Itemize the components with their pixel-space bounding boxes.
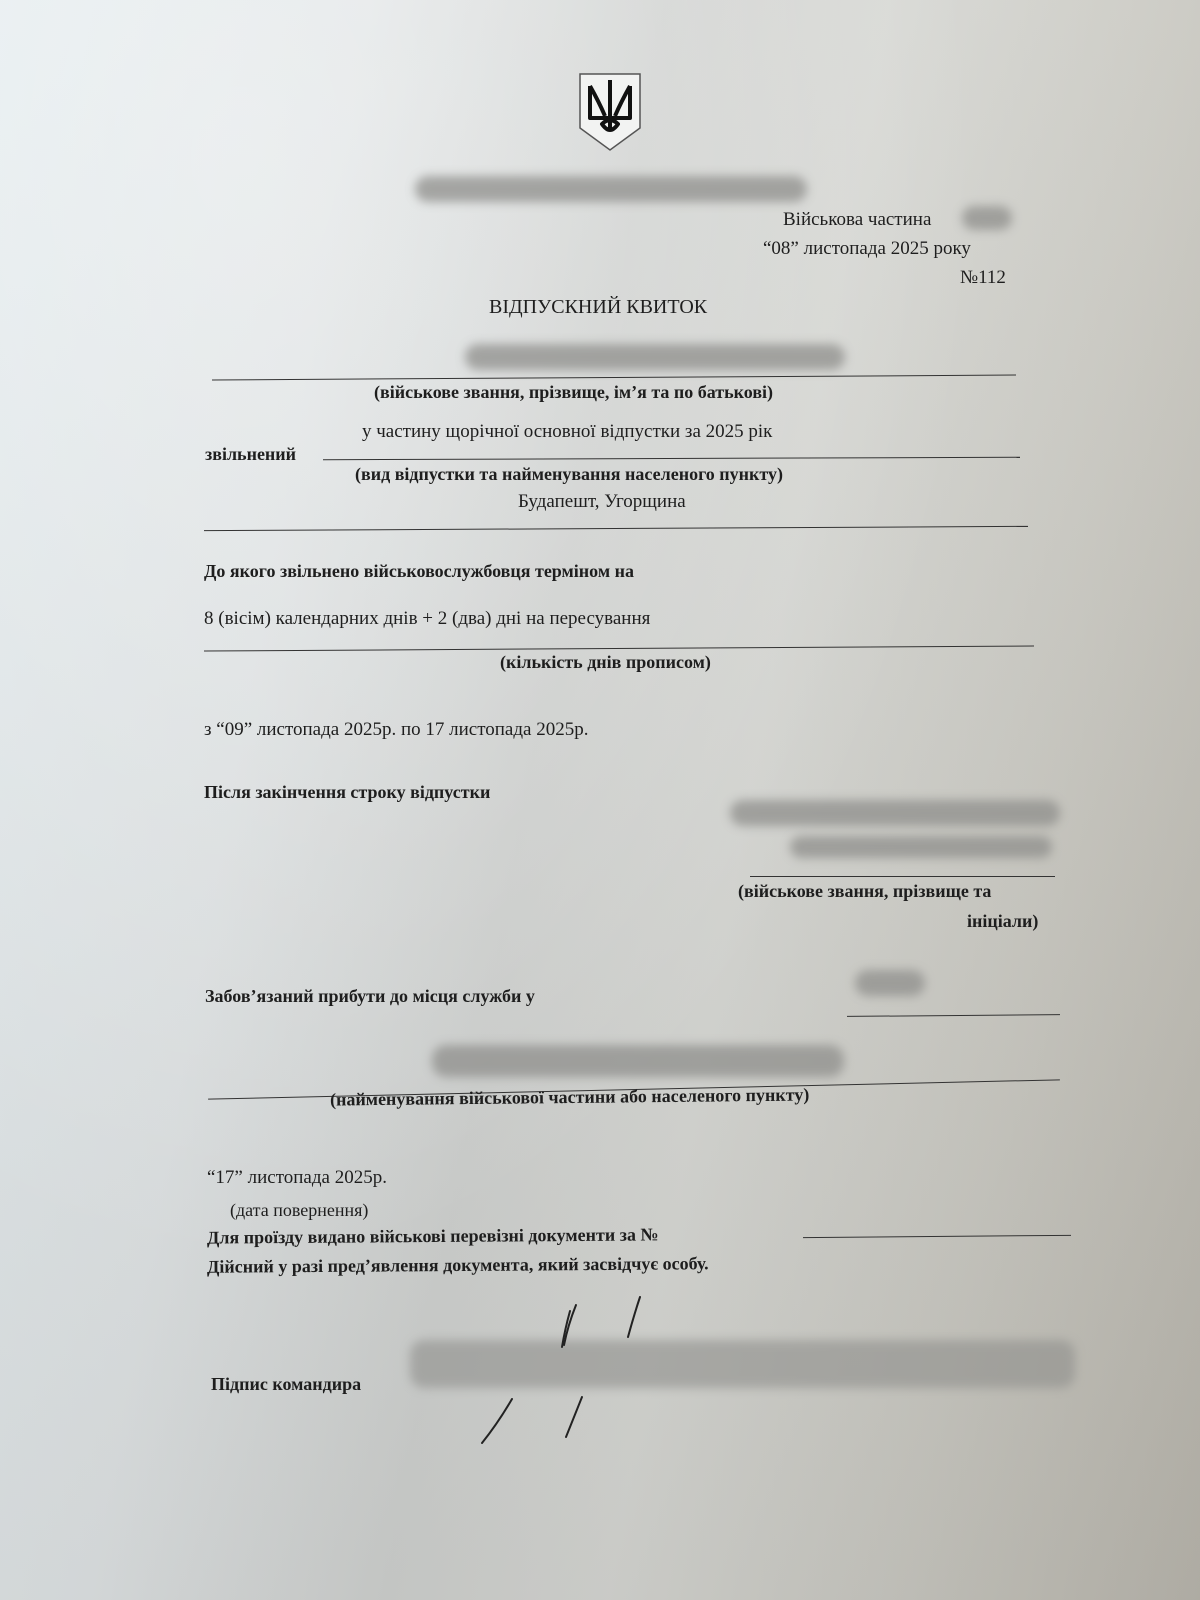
redacted-commander-name	[790, 836, 1052, 858]
after-end-label: Після закінчення строку відпустки	[204, 783, 490, 801]
redacted-unit-name	[415, 176, 807, 202]
term-underline	[204, 645, 1034, 651]
document-title: ВІДПУСКНИЙ КВИТОК	[489, 297, 707, 317]
caption-return: (дата повернення)	[230, 1201, 368, 1219]
caption-name: (військове звання, прізвище, ім’я та по …	[374, 383, 773, 401]
term-value: 8 (вісім) календарних днів + 2 (два) дні…	[204, 609, 650, 628]
released-label: звільнений	[205, 445, 296, 463]
leave-period: з “09” листопада 2025р. по 17 листопада …	[204, 720, 588, 739]
signature-strokes	[470, 1295, 670, 1455]
obliged-label: Забов’язаний прибути до місця служби у	[205, 987, 535, 1005]
leave-type-underline	[323, 457, 1020, 460]
trident-emblem-icon	[577, 72, 643, 152]
caption-leave: (вид відпустки та найменування населеног…	[355, 465, 783, 483]
caption-days: (кількість днів прописом)	[500, 653, 711, 671]
name-underline	[212, 375, 1016, 381]
caption-rank-line2: ініціали)	[967, 912, 1038, 930]
document-number: №112	[960, 268, 1006, 287]
redacted-unit-location	[432, 1045, 844, 1077]
destination-underline	[204, 526, 1028, 531]
issue-date: “08” листопада 2025 року	[763, 239, 971, 258]
arrival-underline	[847, 1014, 1060, 1017]
travel-docs: Для проїзду видано військові перевізні д…	[207, 1225, 659, 1246]
term-intro: До якого звільнено військовослужбовця те…	[204, 562, 634, 580]
redacted-arrival-time	[855, 970, 925, 996]
leave-type: у частину щорічної основної відпустки за…	[362, 422, 772, 441]
redacted-unit-number	[962, 206, 1012, 230]
caption-rank-line1: (військове звання, прізвище та	[738, 882, 991, 900]
redacted-soldier-name	[465, 344, 845, 370]
return-date: “17” листопада 2025р.	[207, 1168, 387, 1187]
signature-label: Підпис командира	[211, 1375, 361, 1393]
unit-label: Військова частина	[783, 210, 931, 229]
caption-unit: (найменування військової частини або нас…	[330, 1085, 809, 1108]
valid-note: Дійсний у разі пред’явлення документа, я…	[207, 1254, 709, 1276]
destination: Будапешт, Угорщина	[518, 492, 686, 511]
rank-underline	[750, 876, 1055, 877]
travel-docs-underline	[803, 1235, 1071, 1238]
redacted-commander-rank	[730, 800, 1060, 826]
